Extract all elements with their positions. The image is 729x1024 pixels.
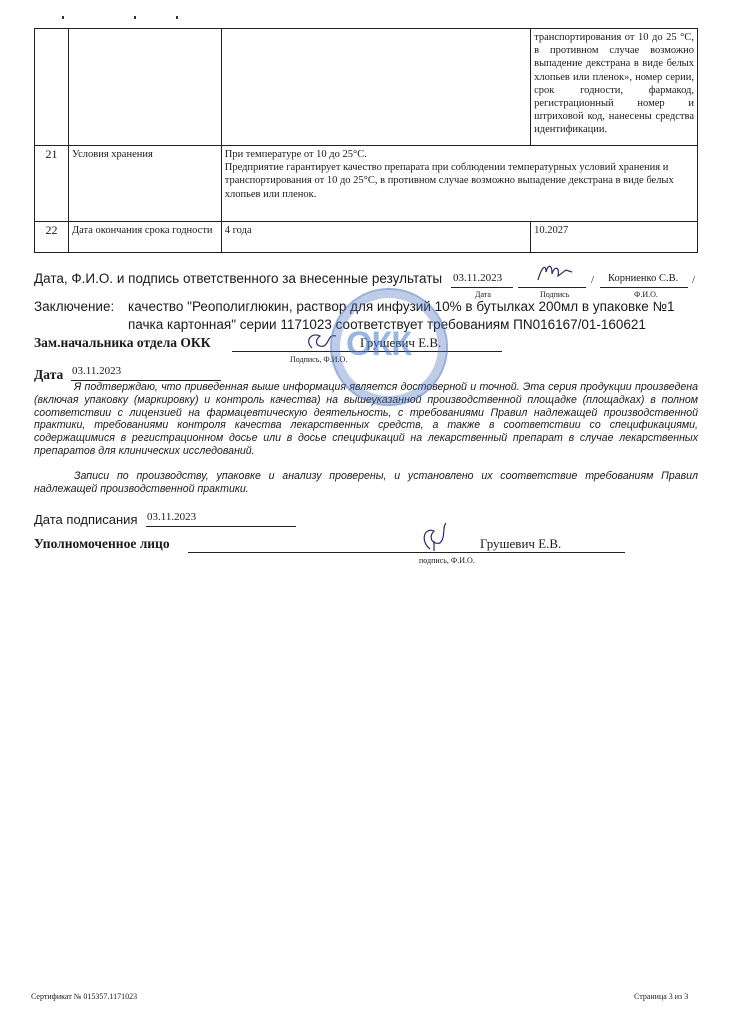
conclusion-line1: качество "Реополиглюкин, раствор для инф…: [128, 299, 674, 314]
signing-date-label: Дата подписания: [34, 512, 137, 527]
cell-num: [35, 29, 69, 146]
qc-deputy-name: Грушевич Е.В.: [360, 335, 441, 351]
cell-name: Дата окончания срока годности: [68, 222, 221, 253]
responsible-name: Корниенко С.В.: [608, 273, 678, 284]
qc-deputy-caption: Подпись, Ф.И.О.: [290, 355, 347, 364]
name-caption: Ф.И.О.: [634, 290, 658, 299]
declaration-text: Записи по производству, упаковке и анали…: [34, 470, 698, 495]
certificate-number: Сертификат № 015357.1171023: [31, 992, 137, 1001]
signature-icon: [534, 262, 574, 284]
cell-num: 21: [35, 146, 69, 222]
scan-dot: [176, 16, 178, 19]
signature-icon: [416, 521, 456, 553]
responsible-name-field: Корниенко С.В.: [600, 272, 688, 288]
authorized-name: Грушевич Е.В.: [480, 536, 561, 552]
table-row-continuation: транспортирования от 10 до 25 °С, в прот…: [35, 29, 698, 146]
table-row: 22 Дата окончания срока годности 4 года …: [35, 222, 698, 253]
signing-date-value: 03.11.2023: [147, 511, 196, 523]
page-number: Страница 3 из 3: [634, 992, 688, 1001]
authorized-label: Уполномоченное лицо: [34, 536, 170, 552]
cell-result: 10.2027: [531, 222, 698, 253]
responsible-date-field: 03.11.2023: [451, 272, 513, 288]
cell-result: транспортирования от 10 до 25 °С, в прот…: [531, 29, 698, 146]
signature-caption: Подпись: [540, 290, 569, 299]
declaration-paragraph: Я подтверждаю, что приведенная выше инфо…: [34, 381, 698, 458]
authorized-signature-field: Грушевич Е.В.: [188, 537, 625, 553]
scan-dot: [62, 16, 64, 19]
responsible-date: 03.11.2023: [453, 272, 502, 284]
date-field: 03.11.2023: [71, 365, 221, 381]
signature-field: [518, 272, 586, 288]
cell-requirement: 4 года: [221, 222, 530, 253]
date-value: 03.11.2023: [72, 365, 121, 377]
authorized-caption: подпись, Ф.И.О.: [419, 556, 475, 565]
cell-requirement: [221, 29, 530, 146]
signing-date-field: 03.11.2023: [146, 510, 296, 527]
scan-artifacts: [0, 16, 729, 22]
signature-icon: [302, 330, 342, 354]
separator: /: [692, 274, 695, 286]
cell-requirement: При температуре от 10 до 25°С. Предприят…: [221, 146, 697, 222]
specification-table: транспортирования от 10 до 25 °С, в прот…: [34, 28, 698, 253]
conclusion-line2: пачка картонная" серии 1171023 соответст…: [128, 317, 646, 332]
cell-name: [68, 29, 221, 146]
separator: /: [591, 274, 594, 286]
requirement-line: Предприятие гарантирует качество препара…: [225, 161, 694, 201]
date-caption: Дата: [475, 290, 491, 299]
conclusion-label: Заключение:: [34, 299, 114, 314]
table-row: 21 Условия хранения При температуре от 1…: [35, 146, 698, 222]
scan-dot: [134, 16, 136, 19]
declaration-paragraph: Записи по производству, упаковке и анали…: [34, 470, 698, 496]
qc-deputy-label: Зам.начальника отдела ОКК: [34, 335, 211, 351]
qc-deputy-signature-field: Грушевич Е.В.: [232, 336, 502, 352]
responsible-label: Дата, Ф.И.О. и подпись ответственного за…: [34, 271, 442, 286]
requirement-line: При температуре от 10 до 25°С.: [225, 148, 694, 161]
declaration-text: Я подтверждаю, что приведенная выше инфо…: [34, 381, 698, 457]
cell-num: 22: [35, 222, 69, 253]
cell-name: Условия хранения: [68, 146, 221, 222]
